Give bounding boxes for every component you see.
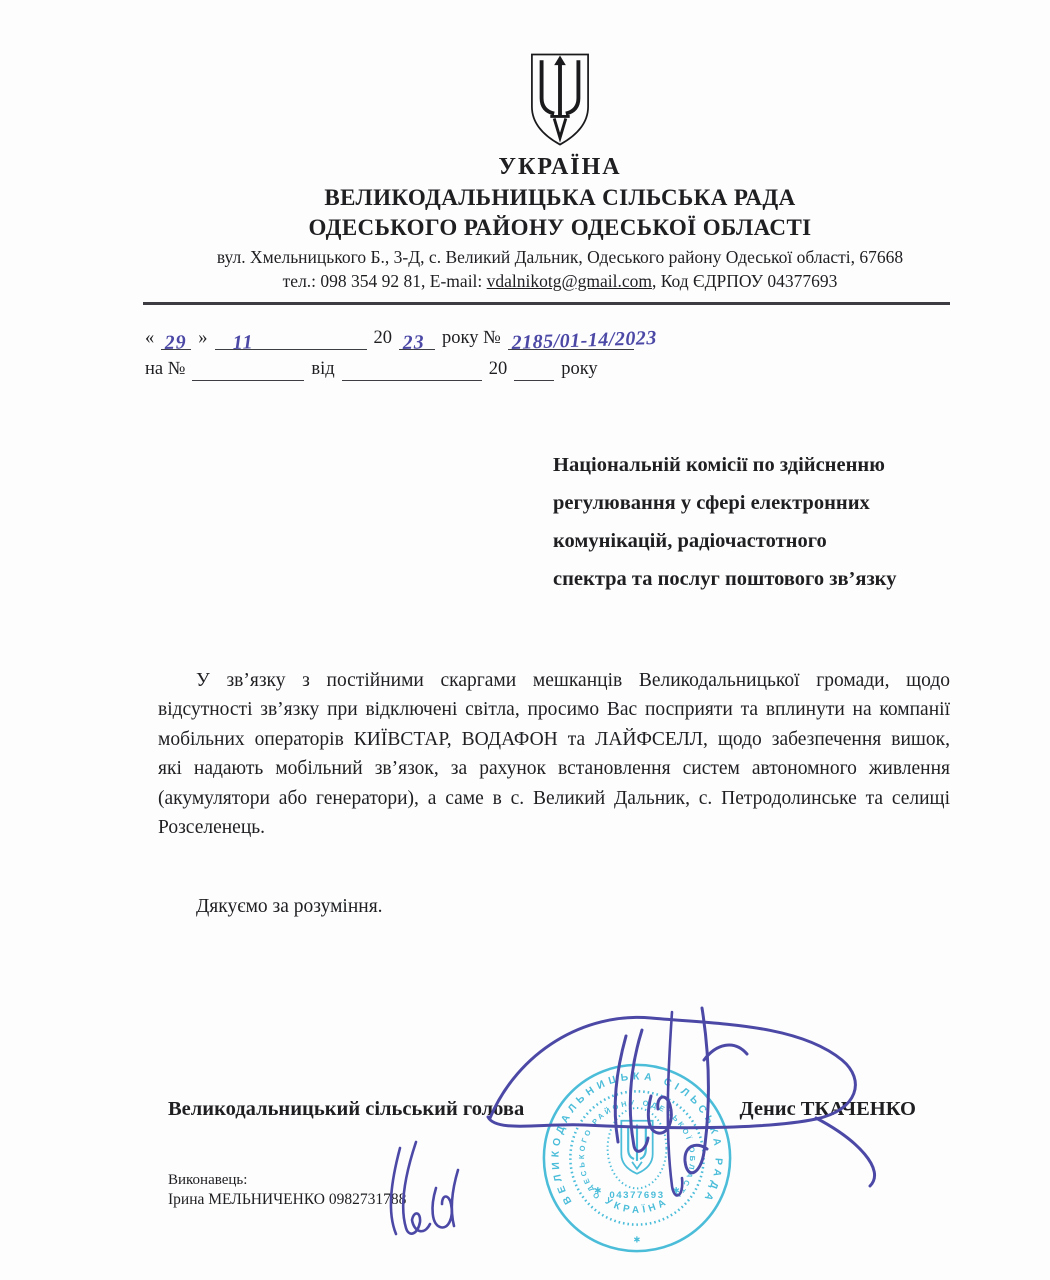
roku-number-label: року №: [442, 326, 501, 350]
org-name-line2: ОДЕСЬКОГО РАЙОНУ ОДЕСЬКОЇ ОБЛАСТІ: [80, 215, 1040, 241]
org-address: вул. Хмельницького Б., 3-Д, с. Великий Д…: [80, 247, 1040, 268]
handwritten-year: 23: [402, 332, 425, 353]
quote-close: »: [198, 326, 207, 350]
recipient-line: Національній комісії по здійсненню: [553, 446, 973, 484]
head-signature: [466, 1000, 890, 1215]
number-blank: 2185/01-14/2023: [508, 327, 634, 350]
executor-label: Виконавець:: [168, 1170, 406, 1190]
reply-year-printed: 20: [489, 357, 508, 381]
reply-number-blank: [192, 358, 304, 381]
recipient-block: Національній комісії по здійсненню регул…: [553, 446, 973, 598]
month-blank: 11: [215, 327, 367, 350]
scanned-letter-page: УКРАЇНА ВЕЛИКОДАЛЬНИЦЬКА СІЛЬСЬКА РАДА О…: [0, 0, 1050, 1280]
reply-roku-label: року: [561, 357, 597, 381]
letterhead: УКРАЇНА ВЕЛИКОДАЛЬНИЦЬКА СІЛЬСЬКА РАДА О…: [80, 52, 1040, 292]
executor-name: Ірина МЕЛЬНИЧЕНКО 0982731788: [168, 1190, 406, 1210]
handwritten-month: 11: [232, 332, 254, 353]
executor-block: Виконавець: Ірина МЕЛЬНИЧЕНКО 0982731788: [168, 1170, 406, 1210]
recipient-line: спектра та послуг поштового зв’язку: [553, 560, 973, 598]
edrpou-label: , Код ЄДРПОУ 04377693: [652, 271, 837, 291]
recipient-line: комунікацій, радіочастотного: [553, 522, 973, 560]
date-number-line: « 29 » 11 20 23 року № 2185/01-14/2023: [145, 326, 634, 350]
stamp-star-bottom-icon: ✱: [634, 1234, 641, 1244]
na-number-label: на №: [145, 357, 185, 381]
divider-line: [143, 302, 950, 305]
body-paragraph: У зв’язку з постійними скаргами мешканці…: [158, 666, 950, 842]
closing-line: Дякуємо за розуміння.: [158, 896, 383, 918]
org-contact-line: тел.: 098 354 92 81, E-mail: vdalnikotg@…: [80, 271, 1040, 292]
reply-year-blank: [514, 358, 554, 381]
handwritten-doc-number: 2185/01-14/2023: [511, 328, 657, 353]
email-text: vdalnikotg@gmail.com: [487, 271, 652, 291]
country-title: УКРАЇНА: [80, 154, 1040, 181]
reply-date-blank: [342, 358, 482, 381]
executor-signature: [372, 1130, 488, 1254]
org-name-line1: ВЕЛИКОДАЛЬНИЦЬКА СІЛЬСЬКА РАДА: [80, 185, 1040, 211]
trident-emblem-icon: [529, 52, 591, 148]
quote-open: «: [145, 326, 154, 350]
reply-reference-line: на № від 20 року: [145, 357, 598, 381]
handwritten-day: 29: [165, 332, 188, 353]
year-blank: 23: [399, 327, 435, 350]
phone-label: тел.: 098 354 92 81, E-mail:: [283, 271, 487, 291]
recipient-line: регулювання у сфері електронних: [553, 484, 973, 522]
vid-label: від: [311, 357, 334, 381]
year-printed: 20: [374, 326, 393, 350]
day-blank: 29: [161, 327, 191, 350]
